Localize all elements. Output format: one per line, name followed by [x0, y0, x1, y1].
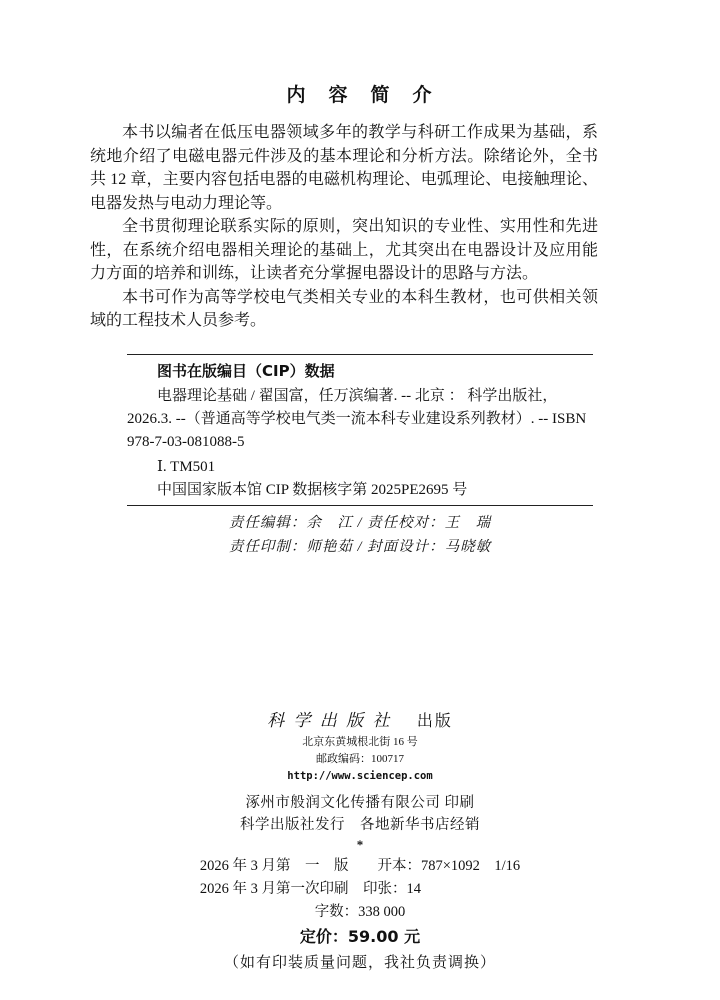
- publisher-postcode: 邮政编码：100717: [0, 751, 720, 768]
- quality-notice: （如有印装质量问题，我社负责调换）: [0, 952, 720, 975]
- page-title: 内 容 简 介: [0, 84, 720, 106]
- publisher-address: 北京东黄城根北街 16 号: [0, 734, 720, 751]
- edition-info: 2026 年 3 月第 一 版 开本：787×1092 1/16 2026 年 …: [0, 855, 720, 901]
- cip-record-number: 中国国家版本馆 CIP 数据核字第 2025PE2695 号: [127, 479, 593, 502]
- divider-asterisk: *: [0, 836, 720, 853]
- credits-line-editors: 责任编辑：余 江 / 责任校对：王 瑞: [127, 511, 593, 535]
- publish-label: 出版: [417, 713, 453, 730]
- credits-line-print-design: 责任印制：师艳茹 / 封面设计：马晓敏: [127, 535, 593, 559]
- price: 定价：59.00 元: [0, 925, 720, 948]
- colophon-section: 科学出版社 出版 北京东黄城根北街 16 号 邮政编码：100717 http:…: [0, 709, 720, 975]
- publisher-line: 科学出版社 出版: [0, 709, 720, 734]
- word-count: 字数：338 000: [0, 901, 720, 924]
- publisher-logo-text: 科学出版社: [267, 711, 399, 730]
- printer-line: 涿州市般润文化传播有限公司 印刷: [0, 792, 720, 814]
- publisher-website: http://www.sciencep.com: [0, 768, 720, 785]
- cip-classification: Ⅰ. TM501: [127, 456, 593, 479]
- cip-section: 图书在版编目（CIP）数据 电器理论基础 / 翟国富，任万滨编著. -- 北京 …: [127, 354, 593, 506]
- intro-section: 本书以编者在低压电器领域多年的教学与科研工作成果为基础，系统地介绍了电磁电器元件…: [90, 121, 598, 333]
- intro-paragraph-1: 本书以编者在低压电器领域多年的教学与科研工作成果为基础，系统地介绍了电磁电器元件…: [90, 121, 598, 215]
- intro-paragraph-2: 全书贯彻理论联系实际的原则，突出知识的专业性、实用性和先进性，在系统介绍电器相关…: [90, 215, 598, 286]
- impression-line: 2026 年 3 月第一次印刷 印张：14: [200, 878, 520, 901]
- cip-entry: 电器理论基础 / 翟国富，任万滨编著. -- 北京 ： 科学出版社，2026.3…: [127, 385, 593, 454]
- edition-line: 2026 年 3 月第 一 版 开本：787×1092 1/16: [200, 855, 520, 878]
- staff-credits: 责任编辑：余 江 / 责任校对：王 瑞 责任印制：师艳茹 / 封面设计：马晓敏: [127, 511, 593, 559]
- distribution-line: 科学出版社发行 各地新华书店经销: [0, 814, 720, 836]
- cip-heading: 图书在版编目（CIP）数据: [127, 360, 593, 383]
- copyright-page: 内 容 简 介 本书以编者在低压电器领域多年的教学与科研工作成果为基础，系统地介…: [0, 0, 720, 1000]
- intro-paragraph-3: 本书可作为高等学校电气类相关专业的本科生教材，也可供相关领域的工程技术人员参考。: [90, 286, 598, 333]
